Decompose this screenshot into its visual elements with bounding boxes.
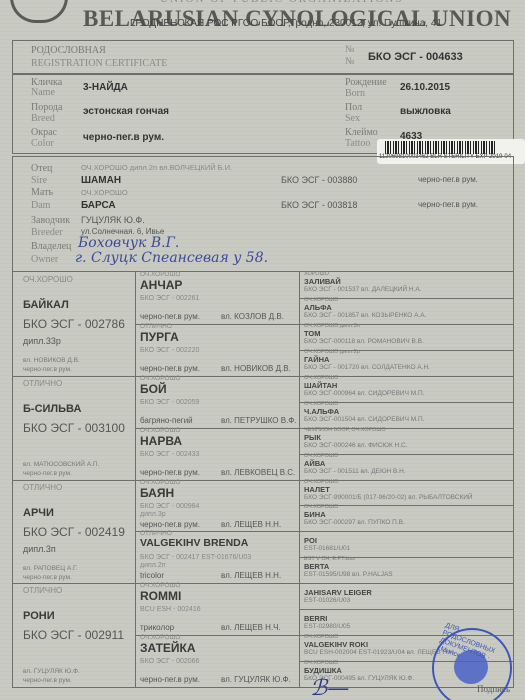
certificate-label-en: REGISTRATION CERTIFICATE xyxy=(31,58,167,69)
breeder-label-ru: Заводчик xyxy=(31,215,70,226)
owner-label-ru: Владелец xyxy=(31,241,71,252)
g3-info: БКО ЭСГ-001504 вл. СИДОРЕВИЧ М.П. xyxy=(304,416,424,423)
g2-reg: БКО ЭСГ - 002433 xyxy=(140,451,199,458)
g3-info: БКО ЭСГ-000297 вл. ПУПКО П.В. xyxy=(304,519,405,526)
g2-owner: вл. ГУЦУЛЯК Ю.Ф. xyxy=(221,675,291,684)
g1-name: РОНИ xyxy=(23,610,55,622)
g3-info: БКО ЭСГ - 001857 вл. КОЗЫРЕНКО А.А. xyxy=(304,312,426,319)
g3-name: РЫК xyxy=(304,433,321,442)
g3-name: Ч.АЛЬФА xyxy=(304,407,339,416)
g3-info: EST-01026/U03 xyxy=(304,597,350,604)
g2-name: VALGEKIHV BRENDA xyxy=(140,537,248,549)
certificate-number: БКО ЭСГ - 004633 xyxy=(368,51,463,63)
breed-label-en: Breed xyxy=(31,113,55,124)
g3-name: БИНА xyxy=(304,510,326,519)
dog-breed: эстонская гончая xyxy=(83,106,169,117)
g3-name: БУДИШКА xyxy=(304,666,342,675)
g3-info: EST-01595/U98 вл. P.HALJAS xyxy=(304,571,393,578)
g1-color: черно-пег.в рум. xyxy=(23,677,72,684)
g1-reg: БКО ЭСГ - 002419 xyxy=(23,525,125,539)
breeder-name: ГУЦУЛЯК Ю.Ф. xyxy=(81,215,145,225)
g3-name: VALGEKIHV ROKI xyxy=(304,640,368,649)
breed-label-ru: Порода xyxy=(31,102,62,113)
sex-label-en: Sex xyxy=(345,113,360,124)
g2-reg: БКО ЭСГ - 002220 xyxy=(140,347,199,354)
g3-name: ТОМ xyxy=(304,329,320,338)
dam-note: ОЧ.ХОРОШО xyxy=(81,188,128,197)
dam-label-en: Dam xyxy=(31,200,50,211)
g2-owner: вл. ЛЕВКОВЕЦ В.С. xyxy=(221,468,295,477)
sire-reg: БКО ЭСГ - 003880 xyxy=(281,175,357,185)
name-label-en: Name xyxy=(31,87,55,98)
sire-label-en: Sire xyxy=(31,175,47,186)
g2-diploma: дипл.3р xyxy=(140,511,166,518)
issuer-address: ГРОДНЕНСКАЯ РОС РГОО БООР,Гродно, 230012… xyxy=(130,18,442,29)
g2-color: черно-пег.в рум. xyxy=(140,468,200,477)
dog-name: 3-НАЙДА xyxy=(83,82,128,93)
certificate-label-ru: РОДОСЛОВНАЯ xyxy=(31,45,106,56)
g2-reg: БКО ЭСГ - 002059 xyxy=(140,399,199,406)
g2-owner: вл. ЛЕЩЕВ Н.Ч. xyxy=(221,623,281,632)
g1-owner: вл. ГУЦУЛЯК Ю.Ф. xyxy=(23,668,80,675)
g2-grade: ОЧ.ХОРОШО xyxy=(140,479,181,486)
certificate-header-box: РОДОСЛОВНАЯ REGISTRATION CERTIFICATE № №… xyxy=(12,40,514,74)
g3-info: БКО ЭСГ - 001720 вл. СОЛДАТЕНКО А.Н. xyxy=(304,364,430,371)
g3-name: JAHISARV LEIGER xyxy=(304,588,372,597)
g2-grade: ОТЛИЧНО xyxy=(140,323,172,330)
sire-color: черно-пег.в рум. xyxy=(418,175,478,184)
dam-name: БАРСА xyxy=(81,200,116,211)
g1-name: АРЧИ xyxy=(23,507,54,519)
born-label-en: Born xyxy=(345,88,365,99)
color-label-en: Color xyxy=(31,138,54,149)
g3-name: POI xyxy=(304,536,317,545)
owner-label-en: Owner xyxy=(31,254,58,265)
bcu-logo-icon xyxy=(10,0,68,23)
g1-grade: ОЧ.ХОРОШО xyxy=(23,275,73,284)
g2-color: черно-пег.в рум. xyxy=(140,364,200,373)
g3-name: ЗАЛИВАЙ xyxy=(304,277,341,286)
color-label-ru: Окрас xyxy=(31,127,57,138)
g2-reg: БКО ЭСГ - 002261 xyxy=(140,295,199,302)
g1-owner: вл. МАТЮСОВСКИЙ А.П. xyxy=(23,461,99,468)
g2-owner: вл. ЛЕЩЕВ Н.Н. xyxy=(221,520,281,529)
g3-info: EST-02980/U05 xyxy=(304,623,350,630)
g1-diploma: дипл.33р xyxy=(23,336,61,346)
g3-info: БКО ЭСГ-990001/Б (017-96/20-02) вл. РЫБА… xyxy=(304,494,473,501)
g3-name: BERTA xyxy=(304,562,329,571)
g2-grade: ОЧ.ХОРОШО xyxy=(140,582,181,589)
g3-name: BERRI xyxy=(304,614,327,623)
g3-info: БКО ЭСГ-000246 вл. ФИСЮК Н.С. xyxy=(304,442,408,449)
g3-name: АЛЬФА xyxy=(304,303,332,312)
g1-color: черно-пег.в рум. xyxy=(23,470,72,477)
sire-note: ОЧ.ХОРОШО дипл.2п вл.ВОЛЧЕЦКИЙ Б.И. xyxy=(81,163,232,172)
g1-owner: вл. РАПОВЕЦ А.Г. xyxy=(23,565,78,572)
born-label-ru: Рождение xyxy=(345,77,387,88)
g1-grade: ОТЛИЧНО xyxy=(23,586,62,595)
sex-label-ru: Пол xyxy=(345,102,362,113)
g2-color: tricolor xyxy=(140,571,164,580)
g3-name: ШАЙТАН xyxy=(304,381,337,390)
union-subtitle: UNION OF PUBLIC ORGANIZATIONS xyxy=(160,0,403,5)
g1-diploma: дипл.3п xyxy=(23,544,56,554)
g2-owner: вл. НОВИКОВ Д.В. xyxy=(221,364,291,373)
tattoo-label-en: Tattoo xyxy=(345,138,370,149)
g2-color: триколор xyxy=(140,623,174,632)
owner-name-handwritten: Боховчук В.Г. xyxy=(78,235,179,251)
signature-label: Подпись xyxy=(477,684,510,694)
g2-reg: БКО ЭСГ - 002066 xyxy=(140,658,199,665)
g2-owner: вл. ПЕТРУШКО В.Ф. xyxy=(221,416,297,425)
number-sign-en: № xyxy=(345,56,355,67)
g3-info: BCU ESH-002004 EST-01923/U04 вл. ЛЕЩЕВ Н… xyxy=(304,649,456,656)
g1-color: черно-пег.в рум. xyxy=(23,366,72,373)
g2-color: черно-пег.в рум. xyxy=(140,312,200,321)
g1-grade: ОТЛИЧНО xyxy=(23,483,62,492)
g2-name: БОЙ xyxy=(140,382,167,396)
g3-name: АЙВА xyxy=(304,459,325,468)
g3-info: БКО ЭСГ-000118 вл. РОМАНОВИЧ В.В. xyxy=(304,338,424,345)
g1-name: БАЙКАЛ xyxy=(23,299,69,311)
g3-info: БКО ЭСГ-000964 вл. СИДОРЕВИЧ М.П. xyxy=(304,390,424,397)
g3-name: ГАЙНА xyxy=(304,355,329,364)
g2-color: багряно-пегий xyxy=(140,416,193,425)
dam-reg: БКО ЭСГ - 003818 xyxy=(281,200,357,210)
g2-reg: БКО ЭСГ - 002417 EST-01676/U03 xyxy=(140,554,251,561)
g2-color: черно-пег.в рум. xyxy=(140,675,200,684)
dog-born: 26.10.2015 xyxy=(400,82,450,93)
barcode-icon xyxy=(385,141,497,154)
g3-info: БКО ЭСГ - 001537 вл. ДАЛЕЦКИЙ Н.А. xyxy=(304,286,422,293)
pedigree-table: ОЧ.ХОРОШОБАЙКАЛБКО ЭСГ - 002786дипл.33рв… xyxy=(12,271,514,688)
dog-sex: выжловка xyxy=(400,106,451,117)
g3-info: EST-01681/U01 xyxy=(304,545,350,552)
parents-box: Отец Sire ОЧ.ХОРОШО дипл.2п вл.ВОЛЧЕЦКИЙ… xyxy=(12,156,514,272)
breeder-label-en: Breeder xyxy=(31,227,63,238)
g3-info: БКО ЭСГ - 001511 вл. ДЕЮН В.Н. xyxy=(304,468,406,475)
dam-label-ru: Мать xyxy=(31,187,53,198)
dog-color: черно-пег.в рум. xyxy=(83,132,164,143)
g2-name: ЗАТЕЙКА xyxy=(140,641,196,655)
g2-name: АНЧАР xyxy=(140,278,182,292)
g2-grade: ОТЛИЧНО xyxy=(140,530,172,537)
g2-name: ROMMI xyxy=(140,589,181,603)
g2-name: НАРВА xyxy=(140,434,182,448)
g2-grade: ОЧ.ХОРОШО xyxy=(140,271,181,278)
dam-color: черно-пег.в рум. xyxy=(418,200,478,209)
owner-address-handwritten: г. Слуцк Спеансевая у 58. xyxy=(75,250,268,266)
g2-color: черно-пег.в рум. xyxy=(140,520,200,529)
g2-reg: BCU ESH - 002416 xyxy=(140,606,201,613)
g1-grade: ОТЛИЧНО xyxy=(23,379,62,388)
g1-reg: БКО ЭСГ - 003100 xyxy=(23,421,125,435)
g2-diploma: дипл.2п xyxy=(140,562,166,569)
g1-color: черно-пег.в рум. xyxy=(23,574,72,581)
g2-grade: ОЧ.ХОРОШО xyxy=(140,427,181,434)
sire-label-ru: Отец xyxy=(31,163,52,174)
number-sign: № xyxy=(345,44,355,55)
g1-name: Б-СИЛЬВА xyxy=(23,403,81,415)
g2-owner: вл. ЛЕЩЕВ Н.Н. xyxy=(221,571,281,580)
g3-name: НАЛЕТ xyxy=(304,485,330,494)
g2-owner: вл. КОЗЛОВ Д.В. xyxy=(221,312,284,321)
g2-name: БАЯН xyxy=(140,486,174,500)
signature: ℬ— xyxy=(310,676,349,700)
g2-name: ПУРГА xyxy=(140,330,179,344)
g1-owner: вл. НОВИКОВ Д.В. xyxy=(23,357,80,364)
g2-grade: ОЧ.ХОРОШО xyxy=(140,375,181,382)
g1-reg: БКО ЭСГ - 002786 xyxy=(23,317,125,331)
g1-reg: БКО ЭСГ - 002911 xyxy=(23,628,124,642)
tattoo-label-ru: Клеймо xyxy=(345,127,378,138)
sire-name: ШАМАН xyxy=(81,175,121,186)
g2-reg: БКО ЭСГ - 000984 xyxy=(140,503,199,510)
